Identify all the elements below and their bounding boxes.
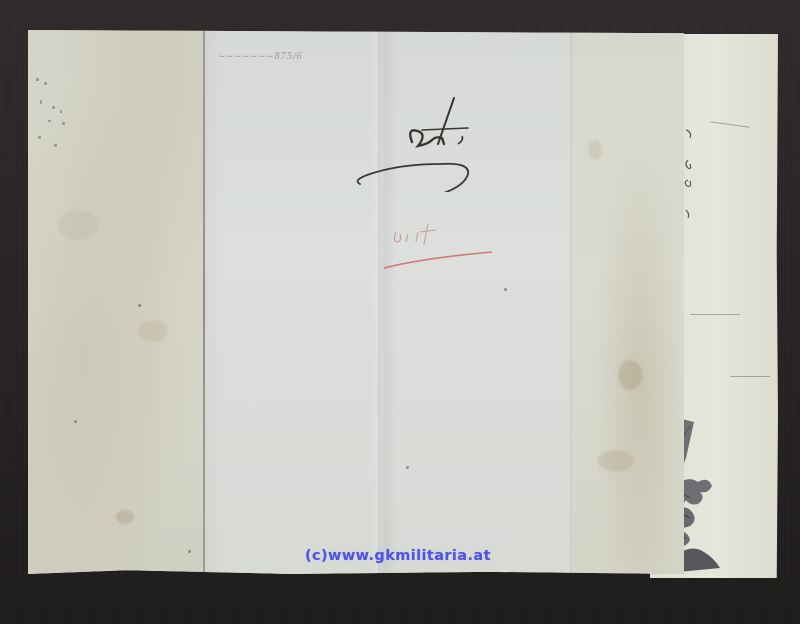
copyright-watermark: (c)www.gkmilitaria.at — [305, 548, 491, 564]
ink-speck — [504, 288, 507, 291]
ink-speck — [138, 304, 141, 307]
soft-crease — [568, 30, 574, 574]
letter-right-panel — [574, 30, 684, 574]
paper-crease — [690, 314, 740, 315]
photo-scene: ~~~~~~~875/6 (c)www.gkmilitaria.at — [0, 0, 800, 624]
red-ink-annotation-icon — [380, 212, 500, 272]
stain — [116, 510, 134, 524]
pencil-annotation: ~~~~~~~875/6 — [218, 52, 303, 62]
stain — [138, 320, 168, 342]
stain — [598, 450, 634, 472]
stain — [588, 140, 602, 160]
ink-speck — [188, 550, 191, 553]
paper-crease — [710, 121, 750, 128]
stain — [618, 360, 642, 390]
paper-crease — [730, 376, 770, 377]
faint-stamp-marks-icon — [30, 70, 70, 170]
stain — [58, 210, 98, 240]
ink-speck — [74, 420, 77, 423]
ink-speck — [406, 466, 409, 469]
handwritten-signature-icon — [350, 92, 480, 192]
fold-line — [203, 30, 205, 574]
